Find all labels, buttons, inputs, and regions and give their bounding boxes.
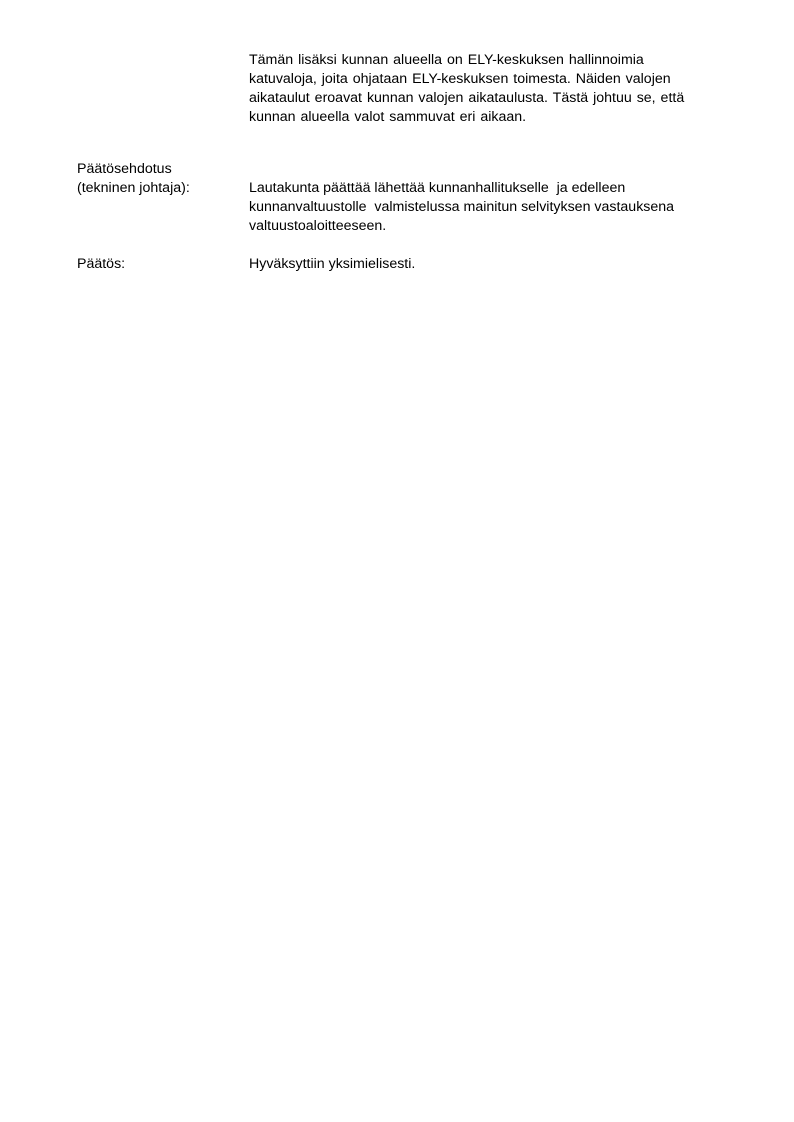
- intro-line: Tämän lisäksi kunnan alueella on ELY-kes…: [249, 51, 684, 70]
- proposal-text-line: kunnanvaltuustolle valmistelussa mainitu…: [249, 198, 674, 217]
- decision-text-line: Hyväksyttiin yksimielisesti.: [249, 255, 415, 274]
- proposal-text-line: valtuustoaloitteeseen.: [249, 217, 674, 236]
- intro-line: katuvaloja, joita ohjataan ELY-keskuksen…: [249, 70, 684, 89]
- decision-label: Päätös:: [77, 255, 125, 274]
- intro-line: kunnan alueella valot sammuvat eri aikaa…: [249, 108, 684, 127]
- decision-label-line: Päätös:: [77, 255, 125, 274]
- decision-text: Hyväksyttiin yksimielisesti.: [249, 255, 415, 274]
- intro-paragraph: Tämän lisäksi kunnan alueella on ELY-kes…: [249, 51, 684, 127]
- proposal-label-line: (tekninen johtaja):: [77, 179, 190, 198]
- intro-line: aikataulut eroavat kunnan valojen aikata…: [249, 89, 684, 108]
- proposal-text-line: Lautakunta päättää lähettää kunnanhallit…: [249, 179, 674, 198]
- proposal-text: Lautakunta päättää lähettää kunnanhallit…: [249, 179, 674, 236]
- proposal-label-line: Päätösehdotus: [77, 160, 190, 179]
- proposal-label: Päätösehdotus (tekninen johtaja):: [77, 160, 190, 198]
